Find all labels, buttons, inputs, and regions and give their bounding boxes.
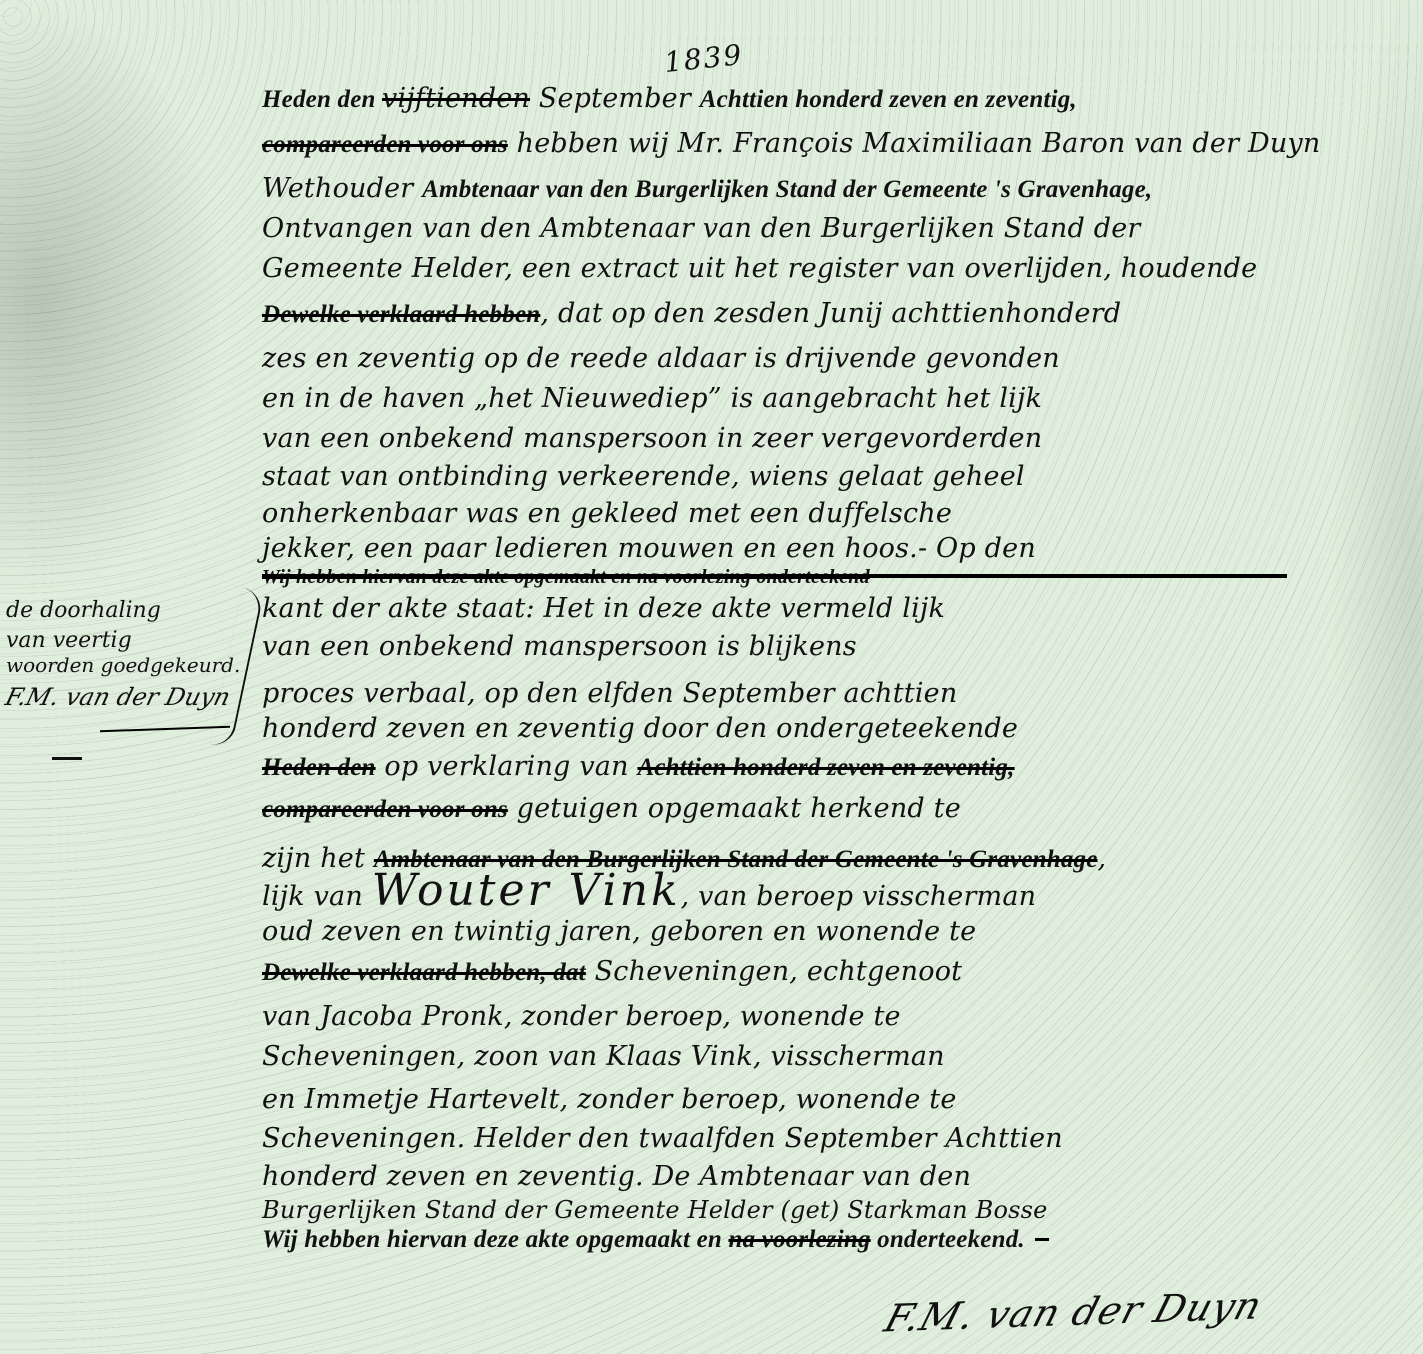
- record-line-2: compareerden voor ons hebben wij Mr. Fra…: [262, 127, 1320, 162]
- struck-text: Achttien honderd zeven en zeventig,: [637, 754, 1014, 781]
- record-line-22: oud zeven en twintig jaren, geboren en w…: [262, 915, 976, 949]
- record-line-14: kant der akte staat: Het in deze akte ve…: [262, 592, 945, 626]
- handwritten-text: en in de haven „het Nieuwediep” is aange…: [262, 383, 1042, 414]
- handwritten-text: Gemeente Helder, een extract uit het reg…: [262, 253, 1257, 284]
- handwritten-text: op verklaring van: [376, 751, 638, 782]
- struck-text: compareerden voor ons: [262, 796, 508, 823]
- handwritten-text: September: [530, 83, 700, 114]
- record-line-8: en in de haven „het Nieuwediep” is aange…: [262, 382, 1042, 416]
- handwritten-text: hebben wij Mr. François Maximiliaan Baro…: [508, 128, 1321, 159]
- year-annotation: 1839: [662, 38, 744, 79]
- document-page: 1839 Heden den vijftienden September Ach…: [0, 0, 1423, 1354]
- handwritten-text: van Jacoba Pronk, zonder beroep, wonende…: [262, 1001, 901, 1032]
- record-line-16: proces verbaal, op den elfden September …: [262, 677, 957, 711]
- record-line-11: onherkenbaar was en gekleed met een duff…: [262, 497, 952, 531]
- record-line-24: van Jacoba Pronk, zonder beroep, wonende…: [262, 1000, 901, 1034]
- record-line-6: Dewelke verklaard hebben, dat op den zes…: [262, 297, 1121, 332]
- handwritten-text: zijn het: [262, 843, 374, 874]
- struck-text: Heden den: [262, 754, 376, 781]
- handwritten-text: Scheveningen. Helder den twaalfden Septe…: [262, 1123, 1063, 1154]
- deceased-name: Wouter Vink: [372, 865, 681, 916]
- handwritten-text: ,: [1098, 843, 1107, 874]
- margin-note-line-3: woorden goedgekeurd.: [6, 650, 240, 680]
- struck-text: Dewelke verklaard hebben: [262, 301, 540, 328]
- handwritten-text: onherkenbaar was en gekleed met een duff…: [262, 498, 952, 529]
- struck-text: Dewelke verklaard hebben, dat: [262, 959, 586, 986]
- record-line-27: Scheveningen. Helder den twaalfden Septe…: [262, 1122, 1063, 1156]
- handwritten-text: van een onbekend manspersoon in zeer ver…: [262, 423, 1042, 454]
- handwritten-text: en Immetje Hartevelt, zonder beroep, won…: [262, 1084, 957, 1115]
- record-line-19: compareerden voor ons getuigen opgemaakt…: [262, 792, 961, 827]
- handwritten-text: Burgerlijken Stand der Gemeente Helder (…: [262, 1196, 1048, 1224]
- record-line-10: staat van ontbinding verkeerende, wiens …: [262, 460, 1025, 494]
- printed-text: Wij hebben hiervan deze akte opgemaakt e…: [262, 1226, 728, 1253]
- end-dash: [1035, 1238, 1049, 1241]
- handwritten-text: getuigen opgemaakt herkend te: [508, 793, 961, 824]
- handwritten-text: Scheveningen, echtgenoot: [586, 956, 962, 987]
- printed-text: Achttien honderd zeven en zeventig,: [700, 86, 1077, 113]
- handwritten-text: proces verbaal, op den elfden September …: [262, 678, 957, 709]
- struck-text: vijftienden: [382, 83, 530, 114]
- strike-line: [262, 574, 1287, 578]
- record-line-5: Gemeente Helder, een extract uit het reg…: [262, 252, 1257, 286]
- handwritten-text: Ontvangen van den Ambtenaar van den Burg…: [262, 213, 1140, 244]
- handwritten-text: , dat op den zesden Junij achttienhonder…: [540, 298, 1121, 329]
- record-line-18: Heden den op verklaring van Achttien hon…: [262, 750, 1015, 785]
- record-line-26: en Immetje Hartevelt, zonder beroep, won…: [262, 1083, 957, 1117]
- handwritten-text: oud zeven en twintig jaren, geboren en w…: [262, 916, 976, 947]
- struck-text: na voorlezing: [728, 1226, 870, 1253]
- record-line-17: honderd zeven en zeventig door den onder…: [262, 712, 1018, 746]
- handwritten-text: honderd zeven en zeventig door den onder…: [262, 713, 1018, 744]
- record-line-4: Ontvangen van den Ambtenaar van den Burg…: [262, 212, 1140, 246]
- printed-text: Heden den: [262, 86, 382, 113]
- record-line-9: van een onbekend manspersoon in zeer ver…: [262, 422, 1042, 456]
- handwritten-text: zes en zeventig op de reede aldaar is dr…: [262, 343, 1060, 374]
- struck-text: compareerden voor ons: [262, 131, 508, 158]
- handwritten-text: staat van ontbinding verkeerende, wiens …: [262, 461, 1025, 492]
- record-line-21: lijk van Wouter Vink, van beroep vissche…: [262, 874, 1036, 914]
- handwritten-text: , van beroep visscherman: [681, 881, 1037, 912]
- record-line-28: honderd zeven en zeventig. De Ambtenaar …: [262, 1160, 971, 1194]
- record-line-1: Heden den vijftienden September Achttien…: [262, 82, 1077, 117]
- margin-signature: F.M. van der Duyn: [3, 683, 234, 711]
- record-line-25: Scheveningen, zoon van Klaas Vink, vissc…: [262, 1040, 945, 1074]
- margin-dash: [52, 757, 82, 760]
- handwritten-text: Scheveningen, zoon van Klaas Vink, vissc…: [262, 1041, 945, 1072]
- official-signature: F.M. van der Duyn: [880, 1284, 1268, 1341]
- printed-text: Ambtenaar van den Burgerlijken Stand der…: [422, 176, 1152, 203]
- record-line-30: Wij hebben hiervan deze akte opgemaakt e…: [262, 1222, 1049, 1257]
- margin-signature-underline: [100, 726, 230, 733]
- printed-text: onderteekend.: [871, 1226, 1025, 1253]
- margin-note-line-1: de doorhaling: [6, 596, 161, 626]
- record-line-7: zes en zeventig op de reede aldaar is dr…: [262, 342, 1060, 376]
- handwritten-text: kant der akte staat: Het in deze akte ve…: [262, 593, 945, 624]
- record-line-3: Wethouder Ambtenaar van den Burgerlijken…: [262, 172, 1152, 207]
- handwritten-text: Wethouder: [262, 173, 422, 204]
- record-line-15: van een onbekend manspersoon is blijkens: [262, 630, 857, 664]
- handwritten-text: van een onbekend manspersoon is blijkens: [262, 631, 857, 662]
- handwritten-text: honderd zeven en zeventig. De Ambtenaar …: [262, 1161, 971, 1192]
- handwritten-text: lijk van: [262, 881, 372, 912]
- record-line-23: Dewelke verklaard hebben, dat Schevening…: [262, 955, 962, 990]
